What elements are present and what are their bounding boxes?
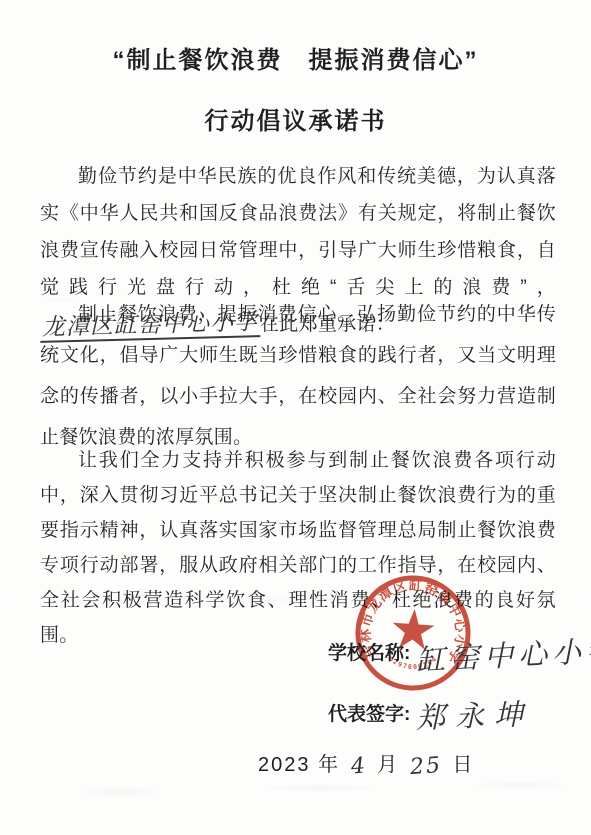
school-name-row: 学校名称:缸窑中心小学 bbox=[328, 633, 591, 674]
representative-row: 代表签字:郑永坤 bbox=[328, 694, 533, 735]
date-year: 2023 bbox=[258, 754, 311, 776]
paragraph-opening-text: 勤俭节约是中华民族的优良作风和传统美德，为认真落实《中华人民共和国反食品浪费法》… bbox=[40, 166, 556, 298]
date-day-handwritten: 25 bbox=[409, 753, 443, 780]
page-title: “制止餐饮浪费 提振消费信心” bbox=[0, 40, 591, 75]
document-page: “制止餐饮浪费 提振消费信心” 行动倡议承诺书 勤俭节约是中华民族的优良作风和传… bbox=[0, 0, 591, 835]
school-name-label: 学校名称: bbox=[328, 643, 410, 664]
date-month-handwritten: 4 bbox=[350, 753, 368, 779]
date-row: 2023 年 4 月 25 日 bbox=[258, 748, 474, 779]
date-day-unit: 日 bbox=[452, 754, 474, 776]
paragraph-pledge: 制止餐饮浪费，提振消费信心。弘扬勤俭节约的中华传统文化，倡导广大师生既当珍惜粮食… bbox=[40, 294, 556, 458]
page-subtitle: 行动倡议承诺书 bbox=[0, 101, 591, 136]
date-year-unit: 年 bbox=[318, 754, 340, 776]
school-name-handwritten: 缸窑中心小学 bbox=[415, 628, 591, 680]
representative-signature-handwritten: 郑永坤 bbox=[416, 692, 534, 737]
date-month-unit: 月 bbox=[377, 754, 399, 776]
representative-label: 代表签字: bbox=[328, 704, 410, 725]
